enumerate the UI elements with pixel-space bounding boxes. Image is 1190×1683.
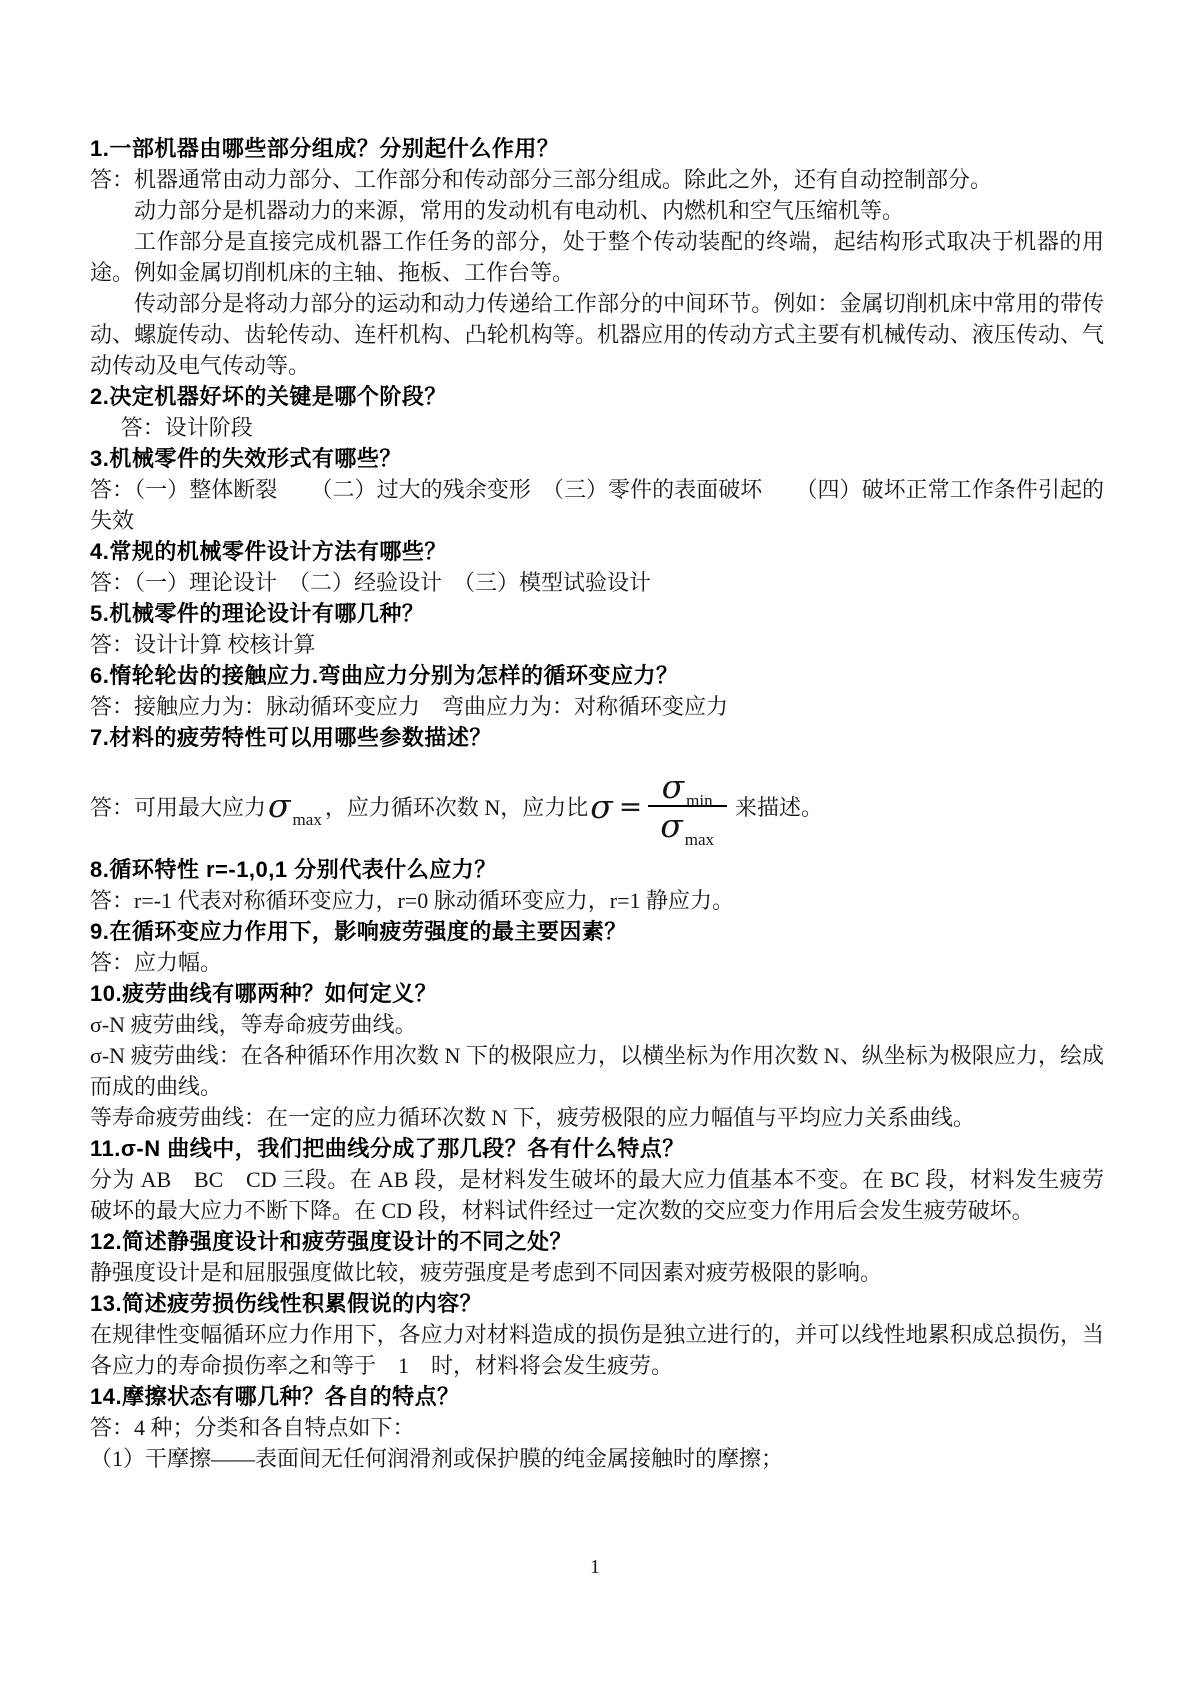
answer-paragraph: 在规律性变幅循环应力作用下，各应力对材料造成的损伤是独立进行的，并可以线性地累积… [90,1319,1104,1381]
fraction-numerator: σmin [650,769,726,804]
answer-paragraph: 静强度设计是和屈服强度做比较，疲劳强度是考虑到不同因素对疲劳极限的影响。 [90,1257,1104,1288]
answer-paragraph: 答：设计阶段 [90,412,1104,443]
question-heading-5: 5.机械零件的理论设计有哪几种？ [90,598,1104,629]
qa-content: 1.一部机器由哪些部分组成？分别起什么作用？ 答：机器通常由动力部分、工作部分和… [90,133,1104,1474]
formula-middle: ，应力循环次数 N，应力比 [325,791,588,822]
question-heading-6: 6.惰轮轮齿的接触应力.弯曲应力分别为怎样的循环变应力？ [90,660,1104,691]
answer-paragraph: 答：（一）理论设计 （二）经验设计 （三）模型试验设计 [90,567,1104,598]
answer-paragraph: 答：（一）整体断裂 （二）过大的残余变形 （三）零件的表面破坏 （四）破坏正常工… [90,474,1104,536]
sigma-max-term: σmax [266,789,325,823]
fatigue-parameters-formula: 答：可用最大应力 σmax ，应力循环次数 N，应力比 σ = σmin σma… [90,769,1104,844]
question-heading-1: 1.一部机器由哪些部分组成？分别起什么作用？ [90,133,1104,164]
question-heading-2: 2.决定机器好坏的关键是哪个阶段？ [90,381,1104,412]
question-heading-11: 11.σ-N 曲线中，我们把曲线分成了那几段？各有什么特点？ [90,1133,1104,1164]
question-heading-9: 9.在循环变应力作用下，影响疲劳强度的最主要因素？ [90,916,1104,947]
max-subscript: max [685,830,717,849]
sigma-symbol: σ [266,786,293,825]
answer-paragraph: 答：应力幅。 [90,947,1104,978]
formula-suffix: 来描述。 [735,791,823,822]
document-page: 1.一部机器由哪些部分组成？分别起什么作用？ 答：机器通常由动力部分、工作部分和… [0,0,1190,1683]
question-heading-4: 4.常规的机械零件设计方法有哪些？ [90,536,1104,567]
question-heading-13: 13.简述疲劳损伤线性积累假说的内容？ [90,1288,1104,1319]
answer-paragraph: 传动部分是将动力部分的运动和动力传递给工作部分的中间环节。例如：金属切削机床中常… [90,288,1104,381]
answer-paragraph: 答：设计计算 校核计算 [90,629,1104,660]
answer-paragraph: 工作部分是直接完成机器工作任务的部分，处于整个传动装配的终端，起结构形式取决于机… [90,226,1104,288]
answer-paragraph: 等寿命疲劳曲线：在一定的应力循环次数 N 下，疲劳极限的应力幅值与平均应力关系曲… [90,1102,1104,1133]
question-heading-12: 12.简述静强度设计和疲劳强度设计的不同之处？ [90,1226,1104,1257]
question-heading-14: 14.摩擦状态有哪几种？各自的特点？ [90,1381,1104,1412]
fraction-denominator: σmax [648,808,727,843]
answer-paragraph: 动力部分是机器动力的来源，常用的发动机有电动机、内燃机和空气压缩机等。 [90,195,1104,226]
sigma-symbol: σ [658,806,685,845]
question-heading-10: 10.疲劳曲线有哪两种？如何定义？ [90,978,1104,1009]
max-subscript: max [293,810,325,829]
stress-ratio-fraction: σmin σmax [648,769,727,844]
answer-paragraph: 分为 AB BC CD 三段。在 AB 段，是材料发生破坏的最大应力值基本不变。… [90,1164,1104,1226]
answer-paragraph: 答：4 种；分类和各自特点如下： [90,1412,1104,1443]
answer-paragraph: σ-N 疲劳曲线：在各种循环作用次数 N 下的极限应力，以横坐标为作用次数 N、… [90,1040,1104,1102]
formula-prefix: 答：可用最大应力 [90,791,266,822]
answer-paragraph: σ-N 疲劳曲线，等寿命疲劳曲线。 [90,1009,1104,1040]
min-subscript: min [686,791,715,810]
sigma-symbol: σ [660,767,687,806]
answer-paragraph: 答：机器通常由动力部分、工作部分和传动部分三部分组成。除此之外，还有自动控制部分… [90,164,1104,195]
page-number: 1 [0,1556,1190,1579]
question-heading-8: 8.循环特性 r=-1,0,1 分别代表什么应力？ [90,854,1104,885]
question-heading-7: 7.材料的疲劳特性可以用哪些参数描述？ [90,722,1104,753]
question-heading-3: 3.机械零件的失效形式有哪些？ [90,443,1104,474]
answer-paragraph: （1）干摩擦——表面间无任何润滑剂或保护膜的纯金属接触时的摩擦； [90,1443,1104,1474]
answer-paragraph: 答：接触应力为：脉动循环变应力 弯曲应力为：对称循环变应力 [90,691,1104,722]
answer-paragraph: 答：r=-1 代表对称循环变应力，r=0 脉动循环变应力，r=1 静应力。 [90,885,1104,916]
equals-sign: = [615,790,646,823]
sigma-symbol: σ [588,790,615,823]
